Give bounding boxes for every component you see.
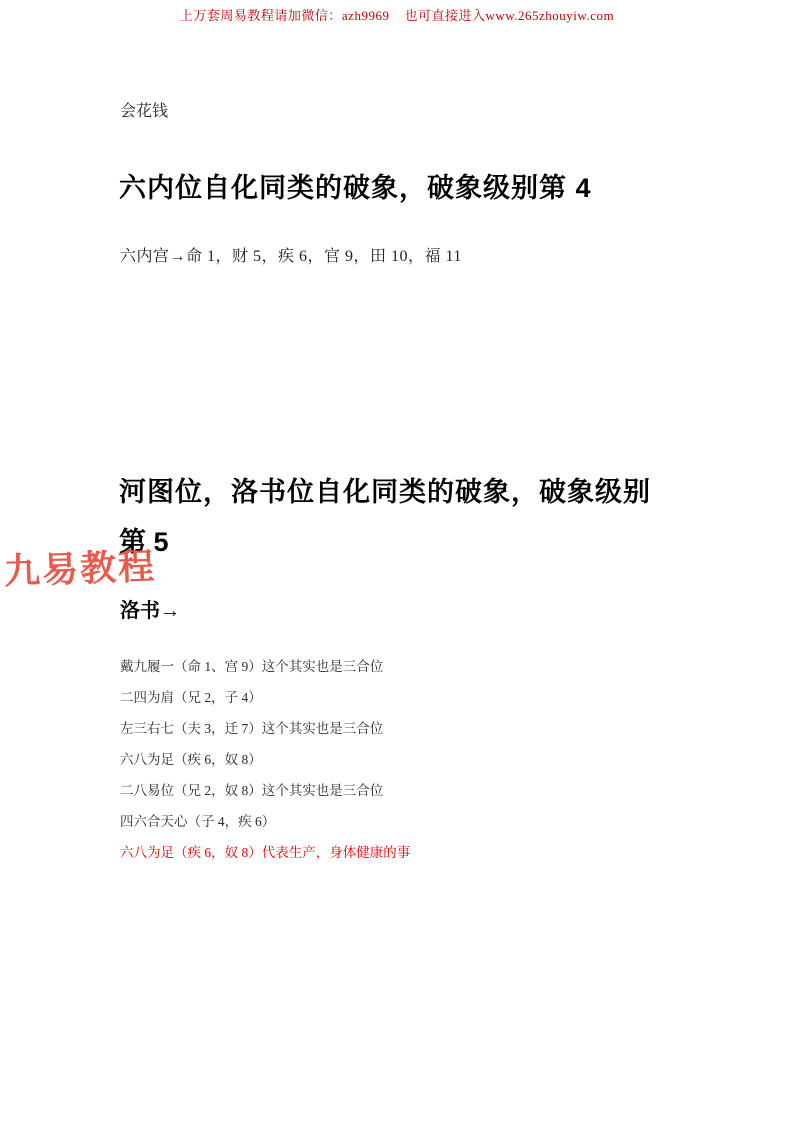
list-line: 戴九履一（命 1、宫 9）这个其实也是三合位 [120,651,410,682]
section1-body: 六内宫→命 1，财 5，疾 6，官 9，田 10，福 11 [120,243,462,266]
section2-subheading: 洛书→ [120,594,180,623]
section2-heading-line1: 河图位，洛书位自化同类的破象，破象级别 [119,470,651,509]
list-line: 六八为足（疾 6，奴 8） [120,744,410,775]
luoshu-list: 戴九履一（命 1、宫 9）这个其实也是三合位 二四为肩（兄 2，子 4） 左三右… [120,651,410,868]
section1-heading: 六内位自化同类的破象，破象级别第 4 [119,166,592,205]
list-line-red: 六八为足（疾 6，奴 8）代表生产，身体健康的事 [120,837,410,868]
watermark-text: 九易教程 [3,538,157,594]
list-line: 二八易位（兄 2，奴 8）这个其实也是三合位 [120,775,410,806]
document-page: 上万套周易教程请加微信：azh9969 也可直接进入www.265zhouyiw… [0,0,794,1123]
list-line: 二四为肩（兄 2，子 4） [120,682,410,713]
promo-header-text: 上万套周易教程请加微信：azh9969 也可直接进入www.265zhouyiw… [0,5,794,24]
intro-text: 会花钱 [120,98,168,121]
list-line: 左三右七（夫 3，迁 7）这个其实也是三合位 [120,713,410,744]
list-line: 四六合天心（子 4，疾 6） [120,806,410,837]
